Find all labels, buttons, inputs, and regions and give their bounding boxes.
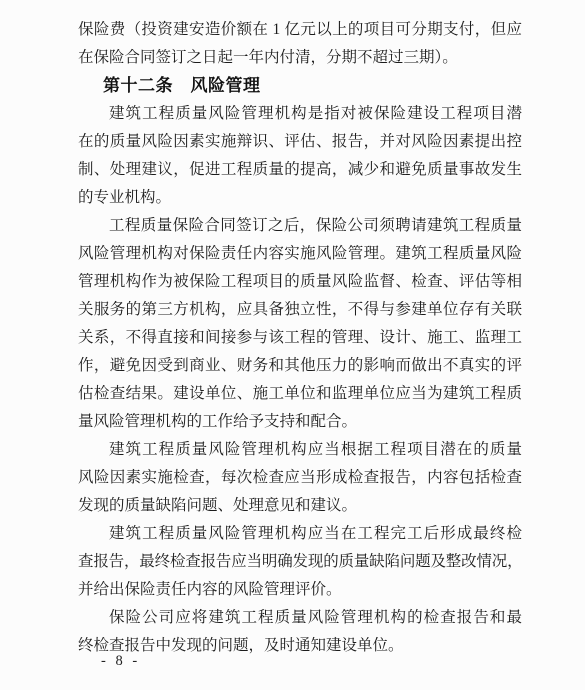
- text-line: 风险管理机构对保险责任内容实施风险管理。建筑工程质量风险: [78, 240, 522, 268]
- text-line: 查报告，最终检查报告应当明确发现的质量缺陷问题及整改情况，: [78, 548, 522, 576]
- text-line: 风险因素实施检查，每次检查应当形成检查报告，内容包括检查: [78, 464, 522, 492]
- document-text-block: 保险费（投资建安造价额在 1 亿元以上的项目可分期支付，但应 在保险合同签订之日…: [78, 16, 522, 660]
- text-line: 在保险合同签订之日起一年内付清，分期不超过三期）。: [78, 44, 522, 72]
- document-page: 保险费（投资建安造价额在 1 亿元以上的项目可分期支付，但应 在保险合同签订之日…: [0, 0, 585, 690]
- text-line: 量风险管理机构的工作给予支持和配合。: [78, 408, 522, 436]
- text-line: 建筑工程质量风险管理机构应当在工程完工后形成最终检: [78, 520, 522, 548]
- text-line: 制、处理建议，促进工程质量的提高，减少和避免质量事故发生: [78, 156, 522, 184]
- paragraph: 工程质量保险合同签订之后，保险公司须聘请建筑工程质量 风险管理机构对保险责任内容…: [78, 212, 522, 436]
- paragraph: 建筑工程质量风险管理机构是指对被保险建设工程项目潜 在的质量风险因素实施辩识、评…: [78, 100, 522, 212]
- text-line: 作，避免因受到商业、财务和其他压力的影响而做出不真实的评: [78, 352, 522, 380]
- text-line: 保险公司应将建筑工程质量风险管理机构的检查报告和最: [78, 604, 522, 632]
- text-line: 工程质量保险合同签订之后，保险公司须聘请建筑工程质量: [78, 212, 522, 240]
- text-line: 的专业机构。: [78, 184, 522, 212]
- paragraph: 建筑工程质量风险管理机构应当在工程完工后形成最终检 查报告，最终检查报告应当明确…: [78, 520, 522, 604]
- text-line: 管理机构作为被保险工程项目的质量风险监督、检查、评估等相: [78, 268, 522, 296]
- text-line: 并给出保险责任内容的风险管理评价。: [78, 576, 522, 604]
- section: 第十二条 风险管理: [78, 72, 522, 100]
- text-line: 关系，不得直接和间接参与该工程的管理、设计、施工、监理工: [78, 324, 522, 352]
- paragraph: 保险公司应将建筑工程质量风险管理机构的检查报告和最 终检查报告中发现的问题，及时…: [78, 604, 522, 660]
- section-heading: 第十二条 风险管理: [78, 72, 522, 100]
- text-line: 发现的质量缺陷问题、处理意见和建议。: [78, 492, 522, 520]
- page-number: - 8 -: [101, 650, 140, 672]
- paragraph-continuation: 保险费（投资建安造价额在 1 亿元以上的项目可分期支付，但应 在保险合同签订之日…: [78, 16, 522, 72]
- text-line: 关服务的第三方机构，应具备独立性，不得与参建单位存有关联: [78, 296, 522, 324]
- text-line: 在的质量风险因素实施辩识、评估、报告，并对风险因素提出控: [78, 128, 522, 156]
- text-line: 建筑工程质量风险管理机构是指对被保险建设工程项目潜: [78, 100, 522, 128]
- text-line: 建筑工程质量风险管理机构应当根据工程项目潜在的质量: [78, 436, 522, 464]
- text-line: 估检查结果。建设单位、施工单位和监理单位应当为建筑工程质: [78, 380, 522, 408]
- paragraph: 建筑工程质量风险管理机构应当根据工程项目潜在的质量 风险因素实施检查，每次检查应…: [78, 436, 522, 520]
- text-line: 终检查报告中发现的问题，及时通知建设单位。: [78, 632, 522, 660]
- text-line: 保险费（投资建安造价额在 1 亿元以上的项目可分期支付，但应: [78, 16, 522, 44]
